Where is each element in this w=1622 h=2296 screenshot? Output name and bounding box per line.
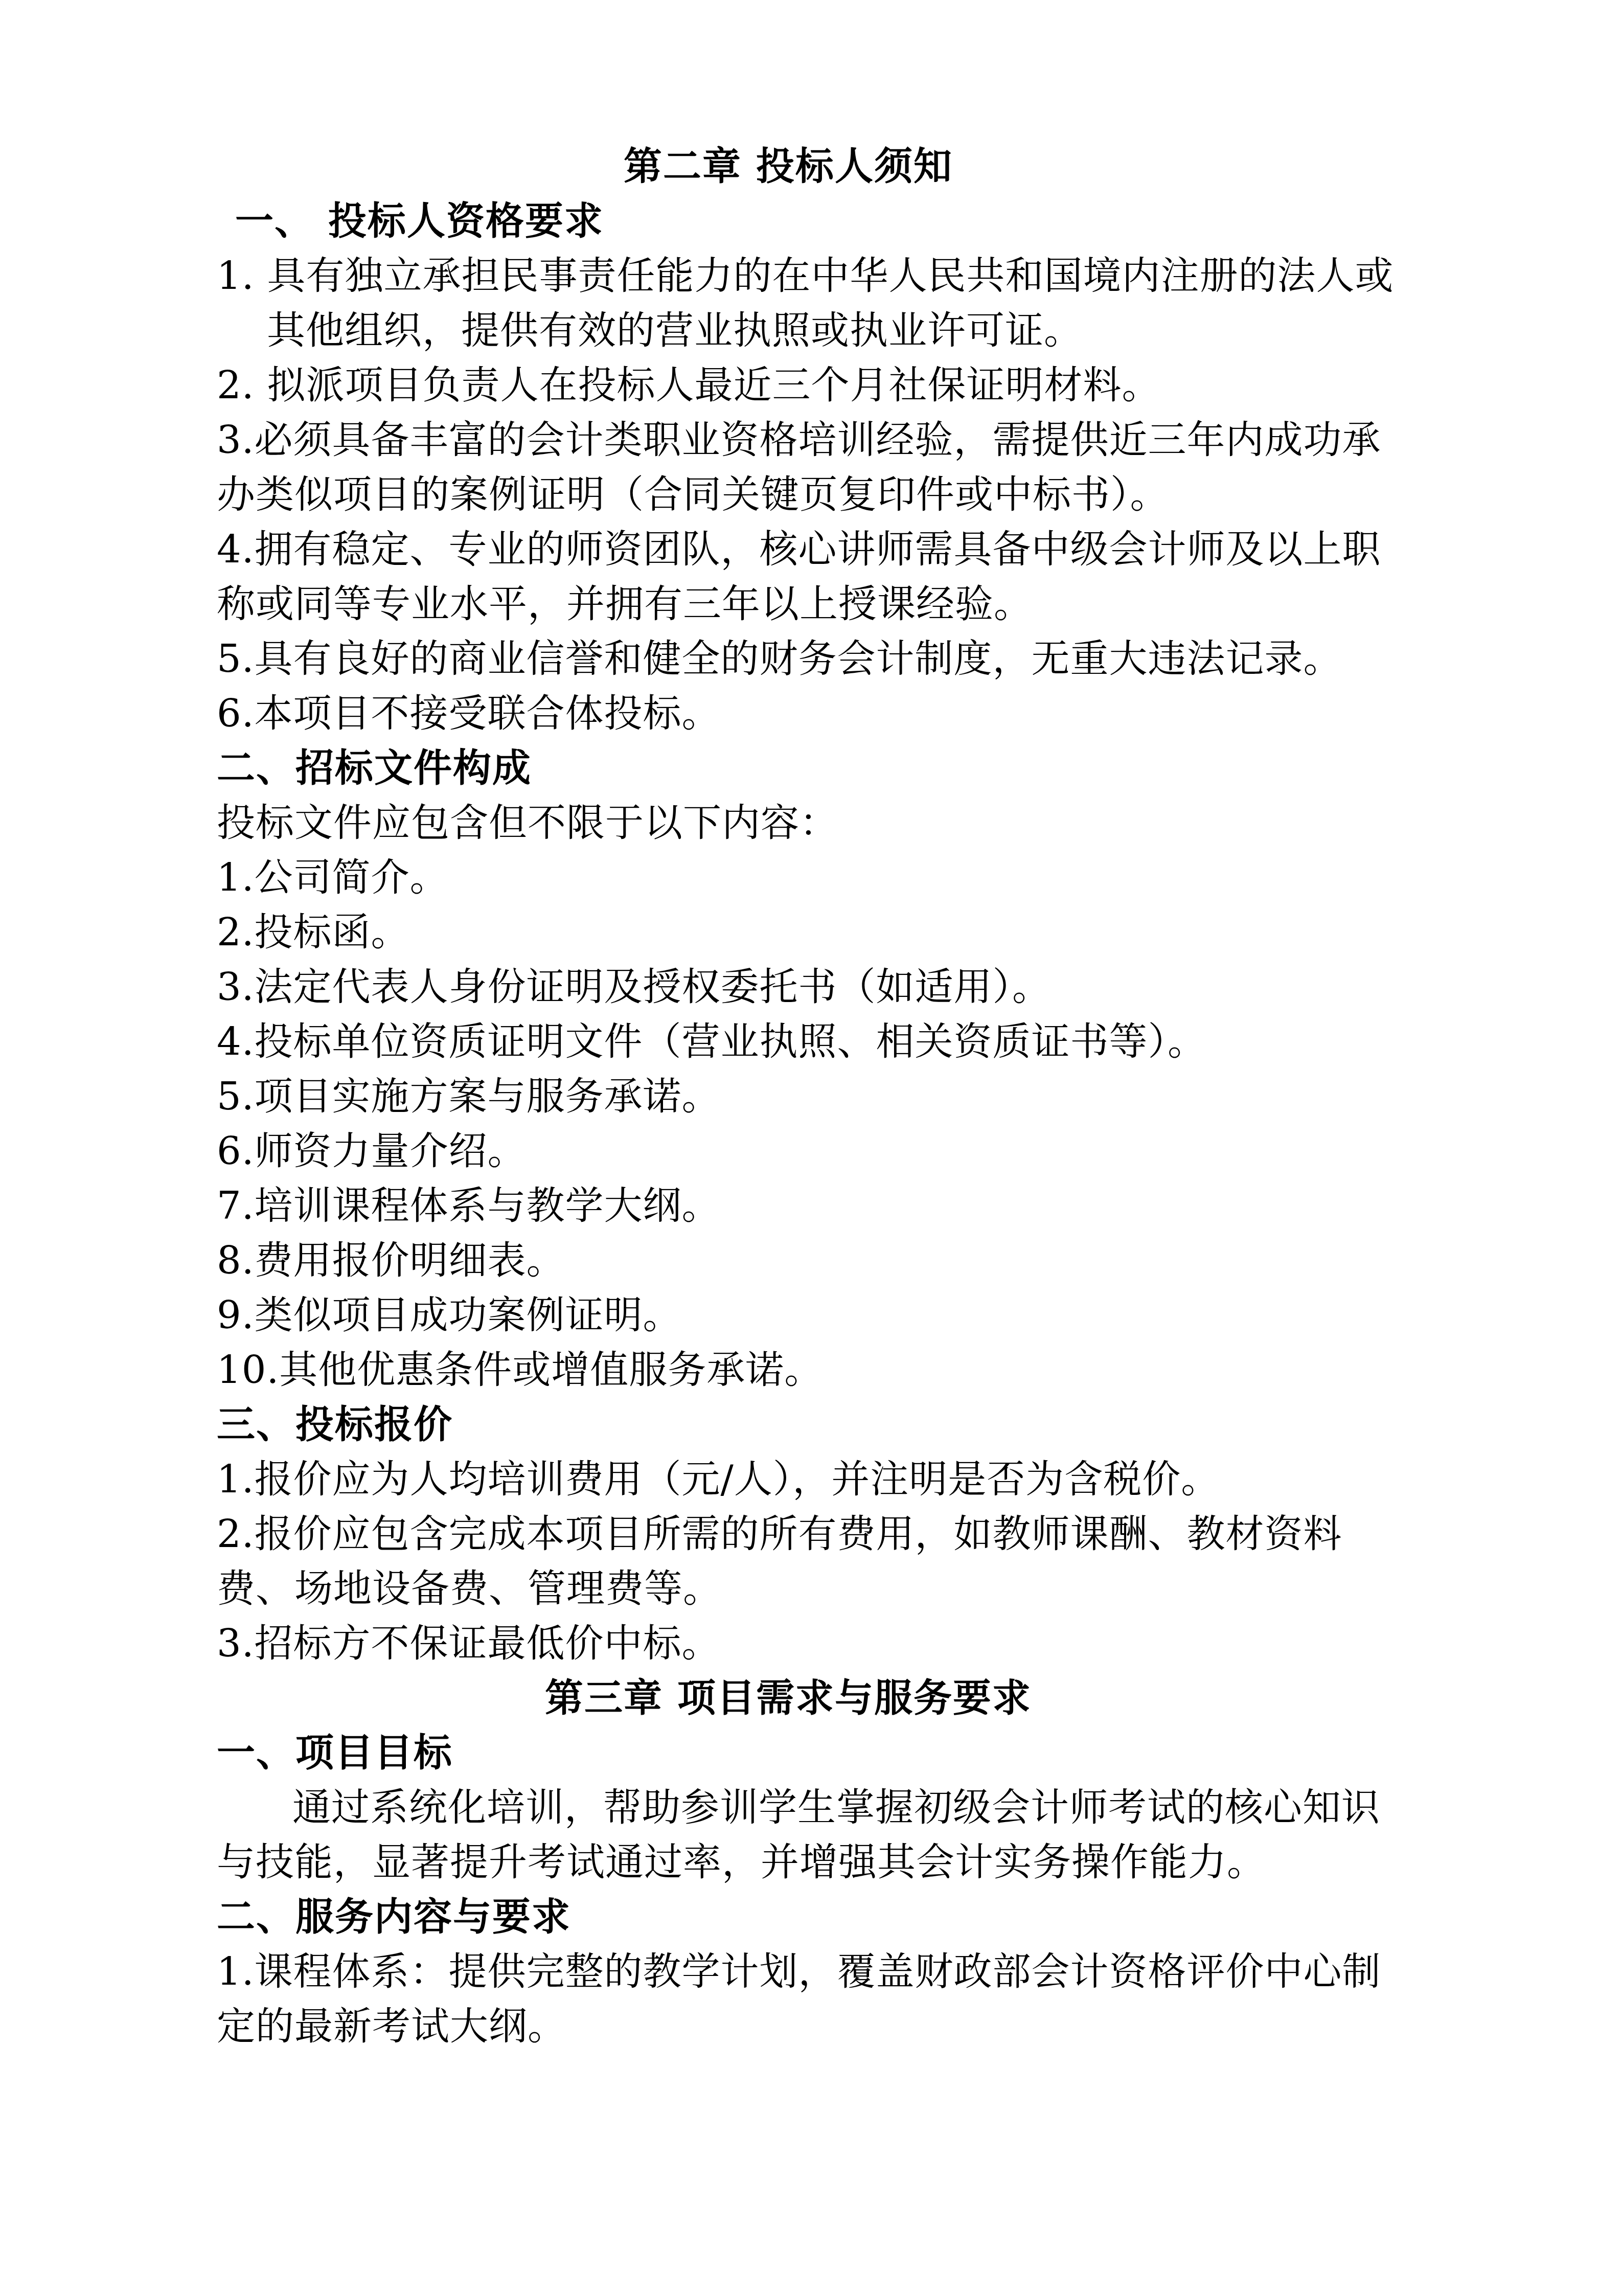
text-line: 其他组织，提供有效的营业执照或执业许可证。 [267, 303, 1360, 358]
text-line: 办类似项目的案例证明（合同关键页复印件或中标书）。 [217, 467, 1360, 522]
list-item: 6.师资力量介绍。 [217, 1124, 1360, 1178]
chapter2-section1-heading: 一、 投标人资格要求 [235, 194, 1360, 248]
text-line: 5.具有良好的商业信誉和健全的财务会计制度，无重大违法记录。 [217, 631, 1360, 686]
text-line: 6.本项目不接受联合体投标。 [217, 686, 1360, 741]
list-item: 8.费用报价明细表。 [217, 1233, 1360, 1288]
list-item: 4.投标单位资质证明文件（营业执照、相关资质证书等）。 [217, 1014, 1360, 1069]
list-item: 7.培训课程体系与教学大纲。 [217, 1178, 1360, 1233]
chapter2-title: 第二章 投标人须知 [217, 139, 1360, 194]
text-line: 1. 具有独立承担民事责任能力的在中华人民共和国境内注册的法人或 [217, 248, 1360, 303]
text-line: 2.报价应包含完成本项目所需的所有费用，如教师课酬、教材资料 [217, 1507, 1360, 1561]
list-item: 3.法定代表人身份证明及授权委托书（如适用）。 [217, 960, 1360, 1014]
text-line: 定的最新考试大纲。 [217, 1999, 1360, 2054]
text-line: 费、场地设备费、管理费等。 [217, 1561, 1360, 1616]
text-line: 通过系统化培训，帮助参训学生掌握初级会计师考试的核心知识 [292, 1780, 1360, 1835]
list-item: 10.其他优惠条件或增值服务承诺。 [217, 1343, 1360, 1397]
text-line: 1.课程体系：提供完整的教学计划，覆盖财政部会计资格评价中心制 [217, 1944, 1360, 1999]
text-line: 1.报价应为人均培训费用（元/人），并注明是否为含税价。 [217, 1452, 1360, 1507]
document-content: 第二章 投标人须知 一、 投标人资格要求 1. 具有独立承担民事责任能力的在中华… [217, 139, 1360, 2054]
text-line: 3.招标方不保证最低价中标。 [217, 1616, 1360, 1671]
list-item: 2.投标函。 [217, 905, 1360, 960]
text-line: 与技能，显著提升考试通过率，并增强其会计实务操作能力。 [217, 1835, 1360, 1890]
document-page: 第二章 投标人须知 一、 投标人资格要求 1. 具有独立承担民事责任能力的在中华… [0, 0, 1622, 2296]
list-item: 5.项目实施方案与服务承诺。 [217, 1069, 1360, 1124]
chapter3-section2-heading: 二、服务内容与要求 [217, 1890, 1360, 1944]
chapter3-section1-heading: 一、项目目标 [217, 1725, 1360, 1780]
text-line: 4.拥有稳定、专业的师资团队，核心讲师需具备中级会计师及以上职 [217, 522, 1360, 577]
chapter2-section2-heading: 二、招标文件构成 [217, 741, 1360, 795]
chapter3-title: 第三章 项目需求与服务要求 [217, 1671, 1360, 1725]
text-line: 3.必须具备丰富的会计类职业资格培训经验，需提供近三年内成功承 [217, 413, 1360, 467]
section2-intro: 投标文件应包含但不限于以下内容： [217, 795, 1360, 850]
list-item: 9.类似项目成功案例证明。 [217, 1288, 1360, 1343]
chapter2-section3-heading: 三、投标报价 [217, 1397, 1360, 1452]
list-item: 1.公司简介。 [217, 850, 1360, 905]
text-line: 2. 拟派项目负责人在投标人最近三个月社保证明材料。 [217, 358, 1360, 413]
text-line: 称或同等专业水平，并拥有三年以上授课经验。 [217, 577, 1360, 631]
